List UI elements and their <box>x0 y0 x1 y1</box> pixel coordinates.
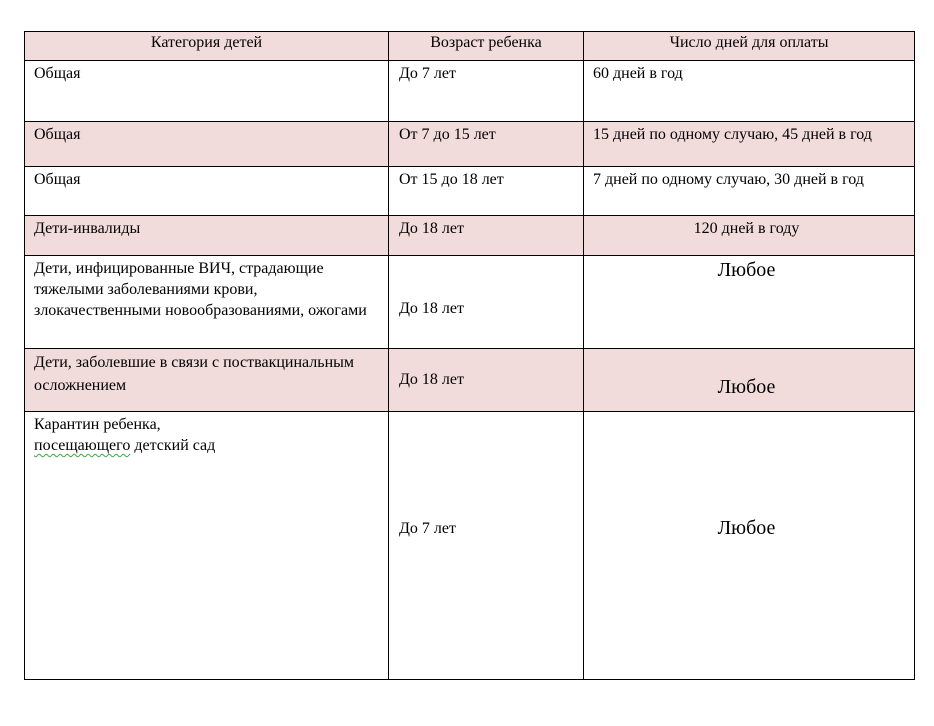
child-sick-leave-table: Категория детей Возраст ребенка Число дн… <box>24 31 915 680</box>
cell-days: 120 дней в году <box>584 216 915 256</box>
table-row: Общая До 7 лет 60 дней в год <box>25 61 915 122</box>
cell-days: Любое <box>584 256 915 349</box>
header-category: Категория детей <box>25 32 389 61</box>
cell-days: 60 дней в год <box>584 61 915 122</box>
cell-age: До 18 лет <box>389 256 584 349</box>
cell-category: Дети, заболевшие в связи с поствакциналь… <box>25 349 389 412</box>
cell-age: До 18 лет <box>389 349 584 412</box>
cell-days: Любое <box>584 349 915 412</box>
header-days: Число дней для оплаты <box>584 32 915 61</box>
cell-category: Дети, инфицированные ВИЧ, страдающие тяж… <box>25 256 389 349</box>
cell-category: Общая <box>25 61 389 122</box>
cell-days: 15 дней по одному случаю, 45 дней в год <box>584 122 915 167</box>
spellcheck-flagged-word: посещающего <box>34 437 130 454</box>
table-row: Дети-инвалиды До 18 лет 120 дней в году <box>25 216 915 256</box>
table-row: Общая От 15 до 18 лет 7 дней по одному с… <box>25 167 915 216</box>
cell-age: От 15 до 18 лет <box>389 167 584 216</box>
cell-days: 7 дней по одному случаю, 30 дней в год <box>584 167 915 216</box>
table-row: Карантин ребенка, посещающего детский са… <box>25 412 915 680</box>
cell-category: Общая <box>25 122 389 167</box>
header-age: Возраст ребенка <box>389 32 584 61</box>
cell-age: До 18 лет <box>389 216 584 256</box>
table-header-row: Категория детей Возраст ребенка Число дн… <box>25 32 915 61</box>
cell-age: От 7 до 15 лет <box>389 122 584 167</box>
cell-days: Любое <box>584 412 915 680</box>
table-row: Общая От 7 до 15 лет 15 дней по одному с… <box>25 122 915 167</box>
cell-age: До 7 лет <box>389 61 584 122</box>
cell-age: До 7 лет <box>389 412 584 680</box>
cell-category: Дети-инвалиды <box>25 216 389 256</box>
cell-category: Карантин ребенка, посещающего детский са… <box>25 412 389 680</box>
cell-category: Общая <box>25 167 389 216</box>
table-row: Дети, заболевшие в связи с поствакциналь… <box>25 349 915 412</box>
table-row: Дети, инфицированные ВИЧ, страдающие тяж… <box>25 256 915 349</box>
